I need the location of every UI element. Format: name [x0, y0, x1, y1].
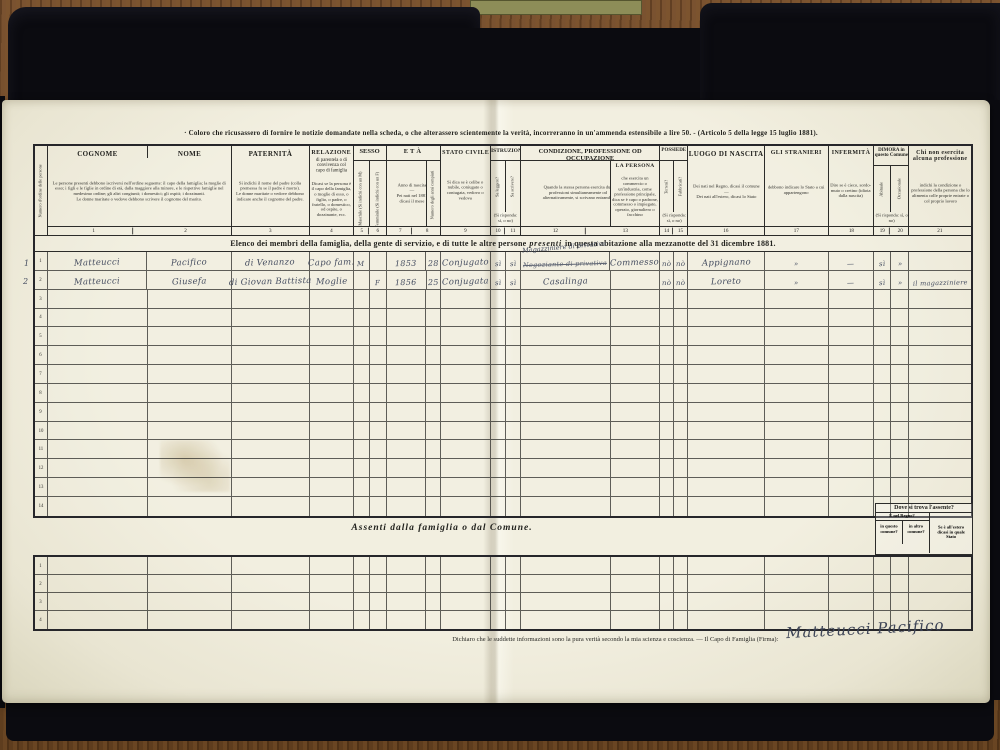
table-cell	[148, 478, 233, 496]
photo-of-census-document: { "warning": "· Coloro che ricusassero d…	[0, 0, 1000, 750]
table-cell: »	[765, 271, 829, 289]
table-cell	[674, 593, 688, 610]
table-cell	[148, 440, 233, 458]
table-cell	[506, 290, 521, 308]
table-cell	[521, 346, 611, 364]
table-row: 13	[35, 478, 971, 497]
table-cell	[891, 459, 909, 477]
col-num-17: 17	[770, 228, 823, 235]
table-cell	[611, 497, 661, 516]
table-cell	[387, 440, 427, 458]
table-cell	[48, 497, 148, 516]
row-index-label: Numero d'ordine delle persone	[39, 164, 43, 217]
row-number: 1	[35, 557, 48, 574]
row-number: 3	[35, 290, 48, 308]
table-cell: sì	[874, 252, 891, 270]
table-cell	[688, 478, 765, 496]
table-cell	[232, 497, 310, 516]
table-cell	[48, 346, 148, 364]
col-title-cognome: COGNOME	[48, 146, 148, 158]
table-cell	[891, 575, 909, 592]
table-cell: di Giovan Battista	[232, 271, 310, 289]
table-cell: nò	[660, 252, 674, 270]
eta-anni-compiuti: Numero degli anni compiuti	[431, 170, 435, 219]
table-cell	[874, 422, 891, 440]
table-cell	[148, 459, 233, 477]
table-cell	[874, 557, 891, 574]
table-cell: 25	[427, 271, 442, 289]
table-cell	[232, 290, 310, 308]
table-cell	[521, 384, 611, 402]
table-cell	[521, 422, 611, 440]
table-cell	[310, 459, 354, 477]
col-group-possiede: POSSIEDE Terreni? Fabbricati? (Si rispon…	[660, 146, 688, 235]
table-cell	[611, 403, 661, 421]
table-cell	[354, 346, 370, 364]
table-cell: Matteucci	[48, 271, 148, 289]
row-number: 2	[35, 575, 48, 592]
table-cell	[521, 327, 611, 345]
table-cell	[354, 403, 370, 421]
table-cell	[354, 459, 370, 477]
table-cell: Conjugata	[441, 271, 491, 289]
table-cell	[426, 459, 441, 477]
names-note: Le persone presenti debbono iscriversi n…	[50, 182, 228, 203]
table-cell	[688, 497, 765, 516]
table-cell	[829, 459, 875, 477]
table-cell	[354, 271, 370, 289]
table-cell	[521, 497, 611, 516]
table-cell	[426, 309, 441, 327]
handwritten-entry: Loreto	[711, 276, 742, 289]
table-cell	[688, 327, 765, 345]
legal-warning-line: · Coloro che ricusassero di fornire le n…	[38, 129, 964, 137]
table-row: 10	[35, 422, 971, 441]
table-cell	[148, 497, 233, 516]
table-cell	[310, 593, 354, 610]
table-cell	[611, 575, 661, 592]
handwritten-entry: sì	[495, 279, 502, 289]
absent-location-box: Dove si trova l'assente? È nel Regno? in…	[875, 503, 973, 555]
table-cell: 1856	[387, 271, 427, 289]
table-header: Numero d'ordine delle persone COGNOME NO…	[35, 146, 971, 236]
sesso-femminile: Femminile (Si indichi con un F)	[375, 172, 379, 226]
table-cell	[765, 497, 829, 516]
table-cell	[829, 422, 875, 440]
table-cell	[891, 309, 909, 327]
table-cell	[370, 365, 387, 383]
table-cell: 28	[426, 252, 441, 270]
absent-estero: Se è all'estero dicasi in quale Stato	[935, 526, 967, 541]
table-cell	[891, 327, 909, 345]
table-cell: »	[891, 252, 909, 270]
census-table: Numero d'ordine delle persone COGNOME NO…	[33, 144, 973, 518]
table-cell	[370, 290, 387, 308]
handwritten-entry: nò	[662, 279, 672, 289]
table-cell	[506, 327, 521, 345]
table-cell	[506, 459, 521, 477]
table-cell	[611, 478, 661, 496]
row-number: 14	[35, 497, 48, 516]
table-cell	[874, 593, 891, 610]
table-cell	[874, 346, 891, 364]
table-cell	[909, 290, 971, 308]
table-cell	[48, 422, 148, 440]
table-cell	[491, 575, 506, 592]
table-cell	[891, 557, 909, 574]
istruzione-note: (Si risponda: sì, o no)	[491, 214, 519, 224]
table-cell	[874, 365, 891, 383]
table-cell	[829, 365, 875, 383]
table-cell	[674, 346, 688, 364]
table-cell	[660, 440, 674, 458]
col-group-condizione: CONDIZIONE, PROFESSIONE OD OCCUPAZIONE Q…	[521, 146, 660, 235]
table-cell	[660, 575, 674, 592]
table-cell	[310, 440, 354, 458]
table-row: 1	[35, 557, 971, 575]
table-cell	[354, 440, 370, 458]
table-cell	[891, 422, 909, 440]
table-cell	[874, 309, 891, 327]
table-cell	[506, 557, 521, 574]
table-cell	[441, 309, 491, 327]
col-num-7: 7	[389, 228, 412, 235]
table-cell	[506, 497, 521, 516]
table-cell: nò	[674, 252, 688, 270]
table-cell	[674, 557, 688, 574]
eta-anno-note: Anno di nascita—Pei nati nel 1881 dicasi…	[392, 183, 425, 204]
table-cell: 1853	[387, 252, 427, 270]
handwritten-entry: Matteucci	[74, 276, 120, 289]
col-num-4: 4	[313, 228, 349, 235]
table-cell	[688, 384, 765, 402]
table-cell	[521, 593, 611, 610]
table-cell	[441, 365, 491, 383]
table-cell	[426, 422, 441, 440]
table-cell	[829, 478, 875, 496]
stato-note: Si dica se è celibe o nubile, coniugato …	[442, 181, 489, 202]
table-cell	[426, 575, 441, 592]
handwritten-entry: il magazziniere	[913, 278, 968, 289]
col-chi-non-esercita: Chi non esercita alcuna professione indi…	[909, 146, 971, 235]
row-number: 11	[35, 440, 48, 458]
declaration-line: Dichiaro che le suddette informazioni so…	[33, 627, 973, 645]
table-cell	[909, 384, 971, 402]
handwritten-entry: 1853	[395, 259, 417, 271]
handwritten-entry: »	[794, 279, 799, 289]
col-num-3: 3	[238, 228, 303, 235]
handwritten-entry: »	[897, 260, 902, 270]
handwritten-entry: nò	[662, 260, 672, 270]
table-cell	[441, 557, 491, 574]
table-cell	[611, 365, 661, 383]
sesso-maschile: Maschile (Si indichi con un M)	[359, 172, 363, 226]
col-group-sesso: SESSO Maschile (Si indichi con un M) Fem…	[354, 146, 387, 235]
table-cell	[310, 403, 354, 421]
table-cell	[660, 478, 674, 496]
table-cell	[909, 593, 971, 610]
table-cell	[48, 478, 148, 496]
table-cell	[674, 327, 688, 345]
table-cell	[354, 422, 370, 440]
table-cell	[426, 557, 441, 574]
table-cell	[611, 271, 661, 289]
row-number: 3	[35, 593, 48, 610]
table-cell	[491, 403, 506, 421]
table-cell	[874, 440, 891, 458]
table-cell	[891, 346, 909, 364]
table-cell	[426, 403, 441, 421]
table-cell	[611, 459, 661, 477]
col-num-21: 21	[914, 228, 966, 235]
table-cell	[310, 557, 354, 574]
table-cell: Appignano	[688, 252, 765, 270]
table-cell	[660, 346, 674, 364]
table-cell	[491, 440, 506, 458]
table-cell: sì	[506, 252, 521, 270]
table-cell: sì	[506, 271, 521, 289]
table-cell	[441, 346, 491, 364]
table-cell	[660, 309, 674, 327]
table-row: 7	[35, 365, 971, 384]
table-cell: Conjugato	[441, 252, 491, 270]
col-group-eta: ETÀ Anno di nascita—Pei nati nel 1881 di…	[387, 146, 442, 235]
table-cell	[688, 309, 765, 327]
table-cell	[310, 365, 354, 383]
col-num-12: 12	[526, 228, 585, 235]
table-row: 14	[35, 497, 971, 516]
table-row: 11	[35, 440, 971, 459]
possiede-fabbricati: Fabbricati?	[679, 177, 683, 196]
table-cell	[874, 384, 891, 402]
table-cell	[765, 440, 829, 458]
table-cell: F	[370, 271, 387, 289]
table-cell	[506, 478, 521, 496]
row-number: 4	[35, 309, 48, 327]
table-cell	[765, 593, 829, 610]
table-cell	[426, 497, 441, 516]
table-cell	[232, 440, 310, 458]
table-cell	[611, 346, 661, 364]
table-cell	[674, 384, 688, 402]
table-cell	[370, 422, 387, 440]
table-cell: nò	[674, 271, 688, 289]
table-cell	[506, 403, 521, 421]
col-num-19: 19	[876, 228, 891, 235]
table-cell	[491, 290, 506, 308]
table-cell	[441, 327, 491, 345]
handwritten-entry: M	[357, 260, 365, 270]
table-row: 8	[35, 384, 971, 403]
table-cell	[310, 478, 354, 496]
table-cell	[441, 459, 491, 477]
infermita-note: Dire se è cieco, sordo-muto o cretino (i…	[829, 183, 873, 199]
absent-regno: È nel Regno?	[890, 514, 916, 519]
table-cell	[232, 346, 310, 364]
table-cell	[829, 497, 875, 516]
presenti-banner: Elenco dei membri della famiglia, della …	[35, 236, 971, 252]
table-row: 3	[35, 290, 971, 309]
handwritten-entry: 1856	[395, 277, 417, 289]
table-cell	[310, 290, 354, 308]
table-cell	[387, 478, 427, 496]
col-relazione: RELAZIONE di parentela o di convivenza c…	[310, 146, 354, 235]
handwritten-entry: —	[847, 279, 855, 289]
table-cell	[148, 557, 233, 574]
table-cell: »	[765, 252, 829, 270]
table-row: 6	[35, 346, 971, 365]
table-cell	[491, 593, 506, 610]
table-cell	[660, 422, 674, 440]
row-number: 13	[35, 478, 48, 496]
handwritten-entry: Appignano	[701, 257, 750, 270]
handwritten-entry: »	[794, 260, 799, 270]
table-cell	[426, 365, 441, 383]
table-cell	[506, 440, 521, 458]
table-cell: Loreto	[688, 271, 765, 289]
table-cell	[387, 422, 427, 440]
table-cell	[354, 384, 370, 402]
table-cell	[909, 365, 971, 383]
condizione-note: Quando la stessa persona esercita due pr…	[535, 186, 610, 202]
table-cell	[891, 403, 909, 421]
col-stato-civile: STATO CIVILE Si dica se è celibe o nubil…	[441, 146, 491, 235]
table-cell	[674, 575, 688, 592]
table-cell	[441, 290, 491, 308]
table-cell	[370, 327, 387, 345]
table-cell	[874, 403, 891, 421]
table-cell	[387, 557, 427, 574]
table-cell	[310, 327, 354, 345]
table-cell	[660, 497, 674, 516]
table-cell	[909, 478, 971, 496]
col-num-5: 5	[355, 228, 369, 235]
table-cell	[506, 309, 521, 327]
table-cell	[611, 309, 661, 327]
table-cell	[148, 422, 233, 440]
handwritten-entry: sì	[495, 260, 502, 270]
table-cell	[688, 440, 765, 458]
table-cell	[674, 478, 688, 496]
table-cell	[909, 459, 971, 477]
col-luogo-nascita: LUOGO DI NASCITA Dei nati nel Regno, dic…	[688, 146, 765, 235]
table-row: 2MatteucciGiusefadi Giovan BattistaMogli…	[35, 271, 971, 290]
table-cell	[674, 422, 688, 440]
table-cell	[491, 384, 506, 402]
table-cell	[660, 327, 674, 345]
table-cell	[891, 290, 909, 308]
table-cell	[387, 575, 427, 592]
table-cell	[521, 557, 611, 574]
table-cell	[829, 290, 875, 308]
table-cell: Magazziniere di privativaNegoziante di p…	[521, 252, 611, 270]
table-cell	[874, 478, 891, 496]
table-cell	[660, 365, 674, 383]
table-cell	[660, 403, 674, 421]
table-cell	[909, 422, 971, 440]
table-cell	[660, 593, 674, 610]
table-cell	[354, 557, 370, 574]
table-row: 3	[35, 593, 971, 611]
table-cell	[891, 384, 909, 402]
table-cell	[688, 365, 765, 383]
table-cell	[521, 440, 611, 458]
table-cell	[387, 497, 427, 516]
table-cell	[674, 309, 688, 327]
table-cell	[660, 290, 674, 308]
table-cell	[765, 327, 829, 345]
table-cell	[48, 365, 148, 383]
table-cell	[354, 327, 370, 345]
table-cell	[441, 593, 491, 610]
table-cell	[491, 309, 506, 327]
table-cell	[426, 327, 441, 345]
table-cell	[674, 290, 688, 308]
table-cell	[310, 309, 354, 327]
table-cell	[48, 384, 148, 402]
census-sheet: · Coloro che ricusassero di fornire le n…	[2, 100, 990, 703]
handwritten-entry-struck: Negoziante di privativa	[523, 259, 607, 271]
stranieri-note: debbono indicare lo Stato a cui apparten…	[766, 186, 827, 196]
table-cell	[426, 290, 441, 308]
table-cell	[909, 327, 971, 345]
la-persona-note: che esercita un commercio o un'industria…	[612, 177, 659, 219]
table-cell	[688, 557, 765, 574]
table-cell	[148, 309, 233, 327]
table-cell: —	[829, 271, 875, 289]
table-cell	[441, 497, 491, 516]
table-cell	[506, 593, 521, 610]
table-cell	[506, 422, 521, 440]
table-cell	[491, 346, 506, 364]
table-cell	[521, 478, 611, 496]
table-cell	[426, 478, 441, 496]
table-cell	[660, 459, 674, 477]
table-cell	[387, 346, 427, 364]
table-cell	[891, 365, 909, 383]
table-cell	[909, 309, 971, 327]
table-cell	[506, 575, 521, 592]
table-cell	[441, 384, 491, 402]
relazione-subtitle: di parentela o di convivenza col capo di…	[314, 158, 348, 173]
table-cell	[829, 403, 875, 421]
table-body: 1MatteucciPacificodi VenanzoCapo fam.M18…	[35, 252, 971, 516]
table-cell	[354, 365, 370, 383]
table-cell: —	[829, 252, 875, 270]
table-cell	[688, 459, 765, 477]
col-num-10: 10	[492, 228, 505, 235]
handwritten-entry: nò	[676, 260, 686, 270]
table-cell	[148, 327, 233, 345]
col-stranieri: GLI STRANIERI debbono indicare lo Stato …	[765, 146, 829, 235]
table-cell: sì	[491, 271, 506, 289]
table-cell	[354, 593, 370, 610]
row-number: 12	[35, 459, 48, 477]
table-cell	[232, 309, 310, 327]
table-cell: Moglie	[310, 271, 354, 289]
table-cell	[310, 346, 354, 364]
table-cell	[370, 309, 387, 327]
table-cell	[370, 497, 387, 516]
assenti-section-title: Assenti dalla famiglia o dal Comune.	[2, 523, 882, 533]
table-cell: nò	[660, 271, 674, 289]
table-cell	[909, 346, 971, 364]
handwritten-entry: Pacifico	[171, 257, 207, 270]
table-cell	[688, 346, 765, 364]
table-cell	[48, 557, 148, 574]
col-num-9: 9	[445, 228, 486, 235]
dimora-occasionale: Occasionale	[898, 178, 902, 199]
